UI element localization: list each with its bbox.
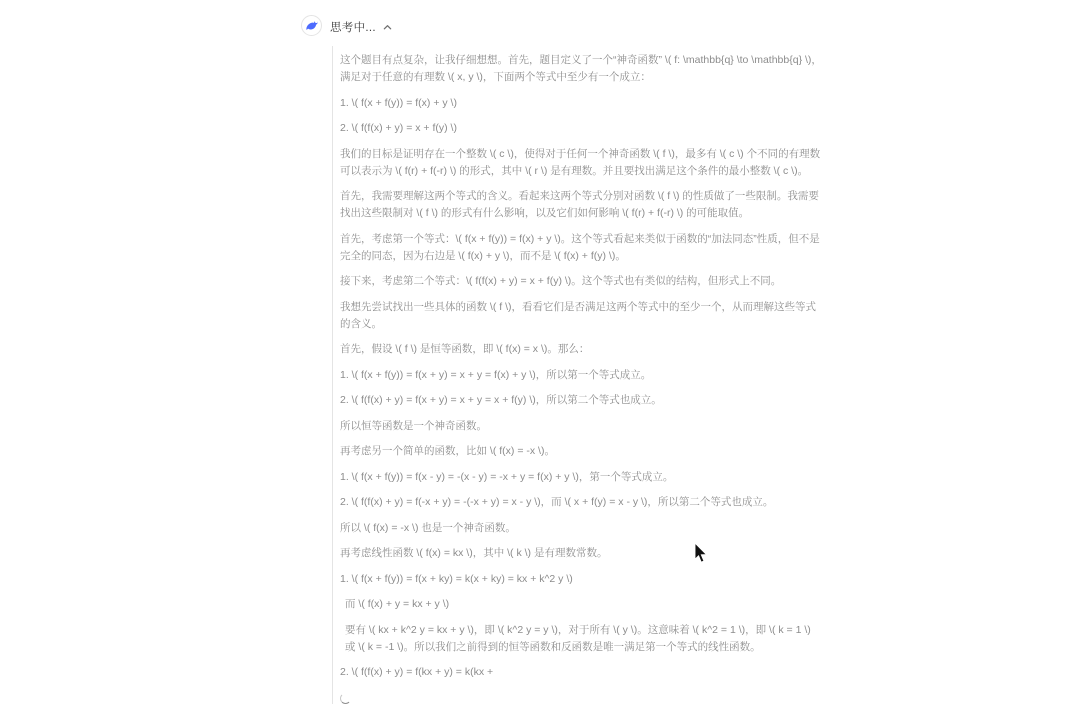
thinking-paragraph: 1. \( f(x + f(y)) = f(x + ky) = k(x + ky… xyxy=(340,571,824,588)
deepseek-whale-icon xyxy=(305,19,319,33)
assistant-avatar xyxy=(301,15,322,36)
thinking-paragraph: 1. \( f(x + f(y)) = f(x - y) = -(x - y) … xyxy=(340,469,824,486)
thinking-paragraph: 2. \( f(f(x) + y) = f(-x + y) = -(-x + y… xyxy=(340,494,824,511)
thinking-paragraph: 1. \( f(x + f(y)) = f(x) + y \) xyxy=(340,95,824,112)
thinking-content: 这个题目有点复杂，让我仔细想想。首先，题目定义了一个“神奇函数” \( f: \… xyxy=(332,46,824,704)
thinking-paragraph: 2. \( f(f(x) + y) = x + f(y) \) xyxy=(340,120,824,137)
thinking-paragraph: 接下来，考虑第二个等式：\( f(f(x) + y) = x + f(y) \)… xyxy=(340,273,824,290)
thinking-paragraph: 首先，考虑第一个等式：\( f(x + f(y)) = f(x) + y \)。… xyxy=(340,231,824,265)
thinking-paragraph: 这个题目有点复杂，让我仔细想想。首先，题目定义了一个“神奇函数” \( f: \… xyxy=(340,52,824,86)
thinking-paragraphs: 这个题目有点复杂，让我仔细想想。首先，题目定义了一个“神奇函数” \( f: \… xyxy=(340,52,824,681)
chevron-up-icon xyxy=(383,23,392,32)
thinking-paragraph: 所以 \( f(x) = -x \) 也是一个神奇函数。 xyxy=(340,520,824,537)
thinking-paragraph: 2. \( f(f(x) + y) = f(kx + y) = k(kx + xyxy=(340,664,824,681)
thinking-paragraph: 所以恒等函数是一个神奇函数。 xyxy=(340,418,824,435)
thinking-paragraph: 要有 \( kx + k^2 y = kx + y \)，即 \( k^2 y … xyxy=(340,622,824,656)
thinking-paragraph: 2. \( f(f(x) + y) = f(x + y) = x + y = x… xyxy=(340,392,824,409)
thinking-paragraph: 再考虑线性函数 \( f(x) = kx \)，其中 \( k \) 是有理数常… xyxy=(340,545,824,562)
thinking-paragraph: 1. \( f(x + f(y)) = f(x + y) = x + y = f… xyxy=(340,367,824,384)
thinking-paragraph: 我们的目标是证明存在一个整数 \( c \)，使得对于任何一个神奇函数 \( f… xyxy=(340,146,824,180)
thinking-toggle[interactable]: 思考中... xyxy=(330,19,392,35)
thinking-paragraph: 首先，我需要理解这两个等式的含义。看起来这两个等式分别对函数 \( f \) 的… xyxy=(340,188,824,222)
thinking-paragraph: 我想先尝试找出一些具体的函数 \( f \)，看看它们是否满足这两个等式中的至少… xyxy=(340,299,824,333)
thinking-paragraph: 再考虑另一个简单的函数，比如 \( f(x) = -x \)。 xyxy=(340,443,824,460)
loading-spinner xyxy=(340,693,351,704)
chat-canvas: 思考中... 这个题目有点复杂，让我仔细想想。首先，题目定义了一个“神奇函数” … xyxy=(0,0,1079,709)
thinking-status-label: 思考中... xyxy=(330,19,376,35)
thinking-paragraph: 首先，假设 \( f \) 是恒等函数，即 \( f(x) = x \)。那么： xyxy=(340,341,824,358)
thinking-paragraph: 而 \( f(x) + y = kx + y \) xyxy=(340,596,824,613)
